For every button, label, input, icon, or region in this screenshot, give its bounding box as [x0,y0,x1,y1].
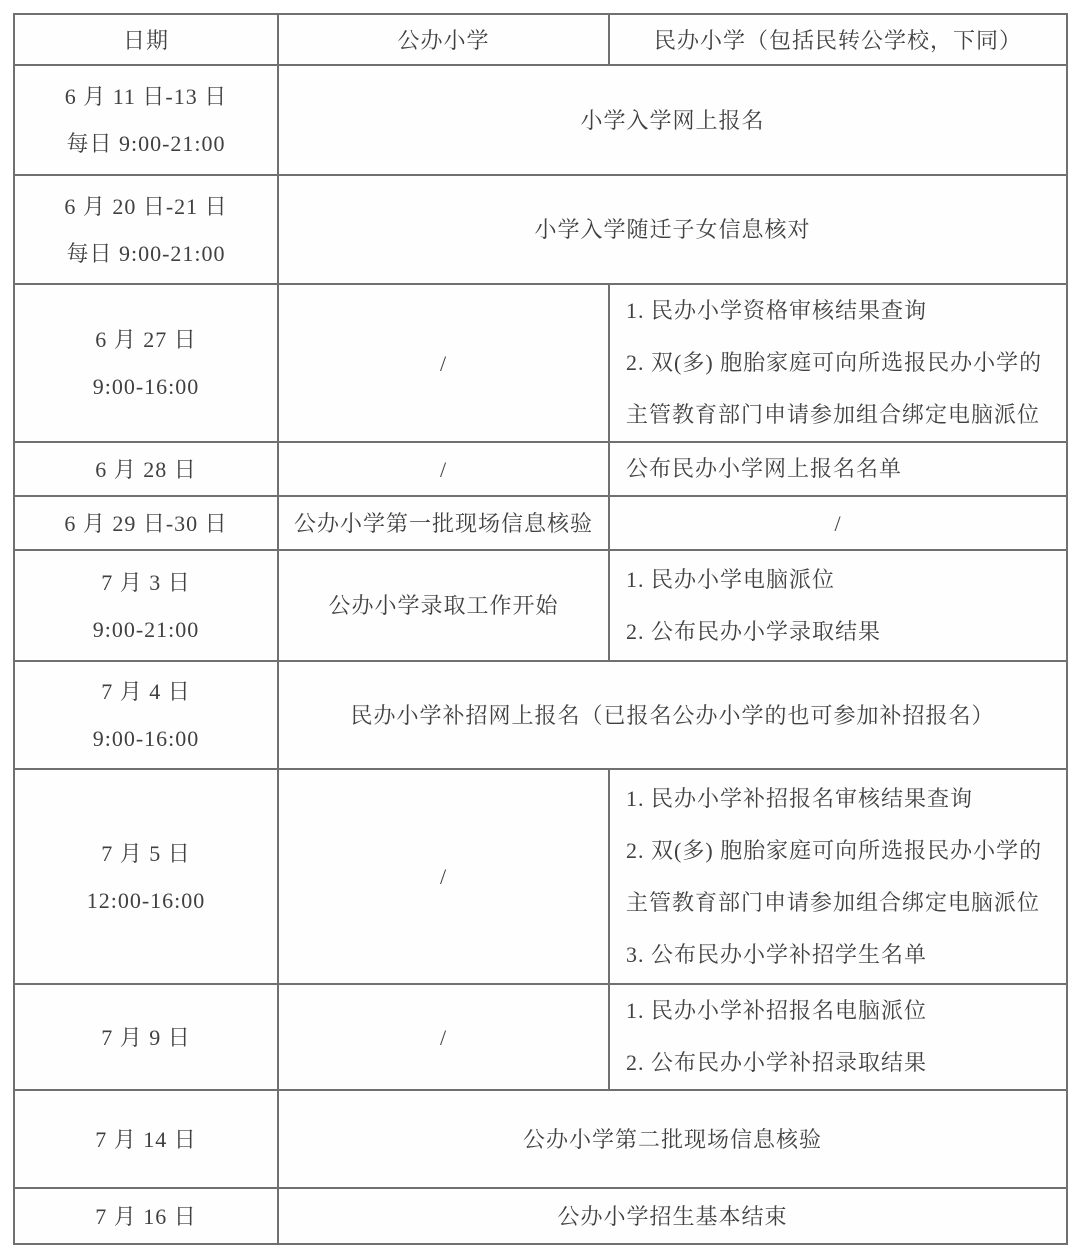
date-cell: 7 月 4 日9:00-16:00 [14,661,278,769]
cell-text: 1. 民办小学补招报名电脑派位 [626,985,1056,1037]
date-cell: 7 月 3 日9:00-21:00 [14,550,278,661]
cell-text: 2. 公布民办小学补招录取结果 [626,1037,1056,1089]
content-cell: 1. 民办小学资格审核结果查询2. 双(多) 胞胎家庭可向所选报民办小学的主管教… [609,284,1067,442]
date-line: 6 月 28 日 [15,446,277,493]
table-row: 6 月 11 日-13 日每日 9:00-21:00小学入学网上报名 [14,65,1067,175]
schedule-rows: 6 月 11 日-13 日每日 9:00-21:00小学入学网上报名6 月 20… [14,65,1067,1244]
date-cell: 7 月 9 日 [14,984,278,1090]
header-row: 日期 公办小学 民办小学（包括民转公学校，下同） [14,14,1067,65]
col-header-private-school: 民办小学（包括民转公学校，下同） [609,14,1067,65]
cell-text: / [279,1014,608,1061]
date-cell: 6 月 20 日-21 日每日 9:00-21:00 [14,175,278,284]
cell-text: 小学入学网上报名 [279,97,1066,144]
enrollment-schedule: 日期 公办小学 民办小学（包括民转公学校，下同） 6 月 11 日-13 日每日… [13,13,1068,1245]
date-line: 6 月 27 日 [15,316,277,363]
merged-content-cell: 小学入学网上报名 [278,65,1067,175]
date-line: 每日 9:00-21:00 [15,230,277,277]
date-line: 6 月 20 日-21 日 [15,183,277,230]
table-row: 7 月 5 日12:00-16:00/1. 民办小学补招报名审核结果查询2. 双… [14,769,1067,984]
cell-text: 公办小学第二批现场信息核验 [279,1116,1066,1163]
content-cell: / [609,496,1067,550]
date-cell: 6 月 27 日9:00-16:00 [14,284,278,442]
date-cell: 6 月 28 日 [14,442,278,496]
cell-text: 公办小学第一批现场信息核验 [279,500,608,547]
content-cell: 1. 民办小学补招报名电脑派位2. 公布民办小学补招录取结果 [609,984,1067,1090]
cell-text: / [610,500,1066,547]
table-row: 6 月 28 日/公布民办小学网上报名名单 [14,442,1067,496]
date-line: 7 月 4 日 [15,668,277,715]
content-cell: 公布民办小学网上报名名单 [609,442,1067,496]
table-row: 6 月 20 日-21 日每日 9:00-21:00小学入学随迁子女信息核对 [14,175,1067,284]
content-cell: 公办小学第一批现场信息核验 [278,496,609,550]
cell-text: 1. 民办小学资格审核结果查询 [626,285,1056,337]
date-cell: 7 月 16 日 [14,1188,278,1244]
date-line: 6 月 29 日-30 日 [15,500,277,547]
table-row: 7 月 9 日/1. 民办小学补招报名电脑派位2. 公布民办小学补招录取结果 [14,984,1067,1090]
content-cell: 1. 民办小学电脑派位2. 公布民办小学录取结果 [609,550,1067,661]
merged-content-cell: 公办小学招生基本结束 [278,1188,1067,1244]
date-cell: 6 月 11 日-13 日每日 9:00-21:00 [14,65,278,175]
content-cell: / [278,984,609,1090]
cell-text: 公办小学录取工作开始 [279,582,608,629]
date-cell: 6 月 29 日-30 日 [14,496,278,550]
col-header-public-school: 公办小学 [278,14,609,65]
date-line: 7 月 14 日 [15,1116,277,1163]
table-row: 6 月 29 日-30 日公办小学第一批现场信息核验/ [14,496,1067,550]
cell-text: 2. 双(多) 胞胎家庭可向所选报民办小学的主管教育部门申请参加组合绑定电脑派位 [626,825,1056,929]
enrollment-schedule-table: 日期 公办小学 民办小学（包括民转公学校，下同） 6 月 11 日-13 日每日… [13,13,1068,1245]
date-line: 12:00-16:00 [15,877,277,924]
table-row: 7 月 4 日9:00-16:00民办小学补招网上报名（已报名公办小学的也可参加… [14,661,1067,769]
date-line: 每日 9:00-21:00 [15,120,277,167]
content-cell: / [278,769,609,984]
date-line: 9:00-16:00 [15,363,277,410]
date-line: 7 月 9 日 [15,1014,277,1061]
date-line: 7 月 16 日 [15,1193,277,1240]
cell-text: 公办小学招生基本结束 [279,1193,1066,1240]
content-cell: 公办小学录取工作开始 [278,550,609,661]
content-cell: / [278,442,609,496]
cell-text: 1. 民办小学电脑派位 [626,554,1056,606]
cell-text: / [279,340,608,387]
date-line: 9:00-21:00 [15,606,277,653]
date-line: 7 月 3 日 [15,559,277,606]
table-row: 7 月 3 日9:00-21:00公办小学录取工作开始1. 民办小学电脑派位2.… [14,550,1067,661]
date-cell: 7 月 5 日12:00-16:00 [14,769,278,984]
date-cell: 7 月 14 日 [14,1090,278,1188]
merged-content-cell: 公办小学第二批现场信息核验 [278,1090,1067,1188]
table-row: 7 月 16 日公办小学招生基本结束 [14,1188,1067,1244]
cell-text: 2. 双(多) 胞胎家庭可向所选报民办小学的主管教育部门申请参加组合绑定电脑派位 [626,337,1056,441]
cell-text: 公布民办小学网上报名名单 [626,443,1056,495]
merged-content-cell: 小学入学随迁子女信息核对 [278,175,1067,284]
content-cell: / [278,284,609,442]
cell-text: / [279,853,608,900]
col-header-date: 日期 [14,14,278,65]
date-line: 9:00-16:00 [15,715,277,762]
date-line: 7 月 5 日 [15,830,277,877]
table-row: 6 月 27 日9:00-16:00/1. 民办小学资格审核结果查询2. 双(多… [14,284,1067,442]
content-cell: 1. 民办小学补招报名审核结果查询2. 双(多) 胞胎家庭可向所选报民办小学的主… [609,769,1067,984]
table-row: 7 月 14 日公办小学第二批现场信息核验 [14,1090,1067,1188]
cell-text: / [279,446,608,493]
cell-text: 3. 公布民办小学补招学生名单 [626,929,1056,981]
cell-text: 1. 民办小学补招报名审核结果查询 [626,773,1056,825]
date-line: 6 月 11 日-13 日 [15,73,277,120]
cell-text: 小学入学随迁子女信息核对 [279,206,1066,253]
cell-text: 2. 公布民办小学录取结果 [626,606,1056,658]
cell-text: 民办小学补招网上报名（已报名公办小学的也可参加补招报名） [279,692,1066,739]
merged-content-cell: 民办小学补招网上报名（已报名公办小学的也可参加补招报名） [278,661,1067,769]
